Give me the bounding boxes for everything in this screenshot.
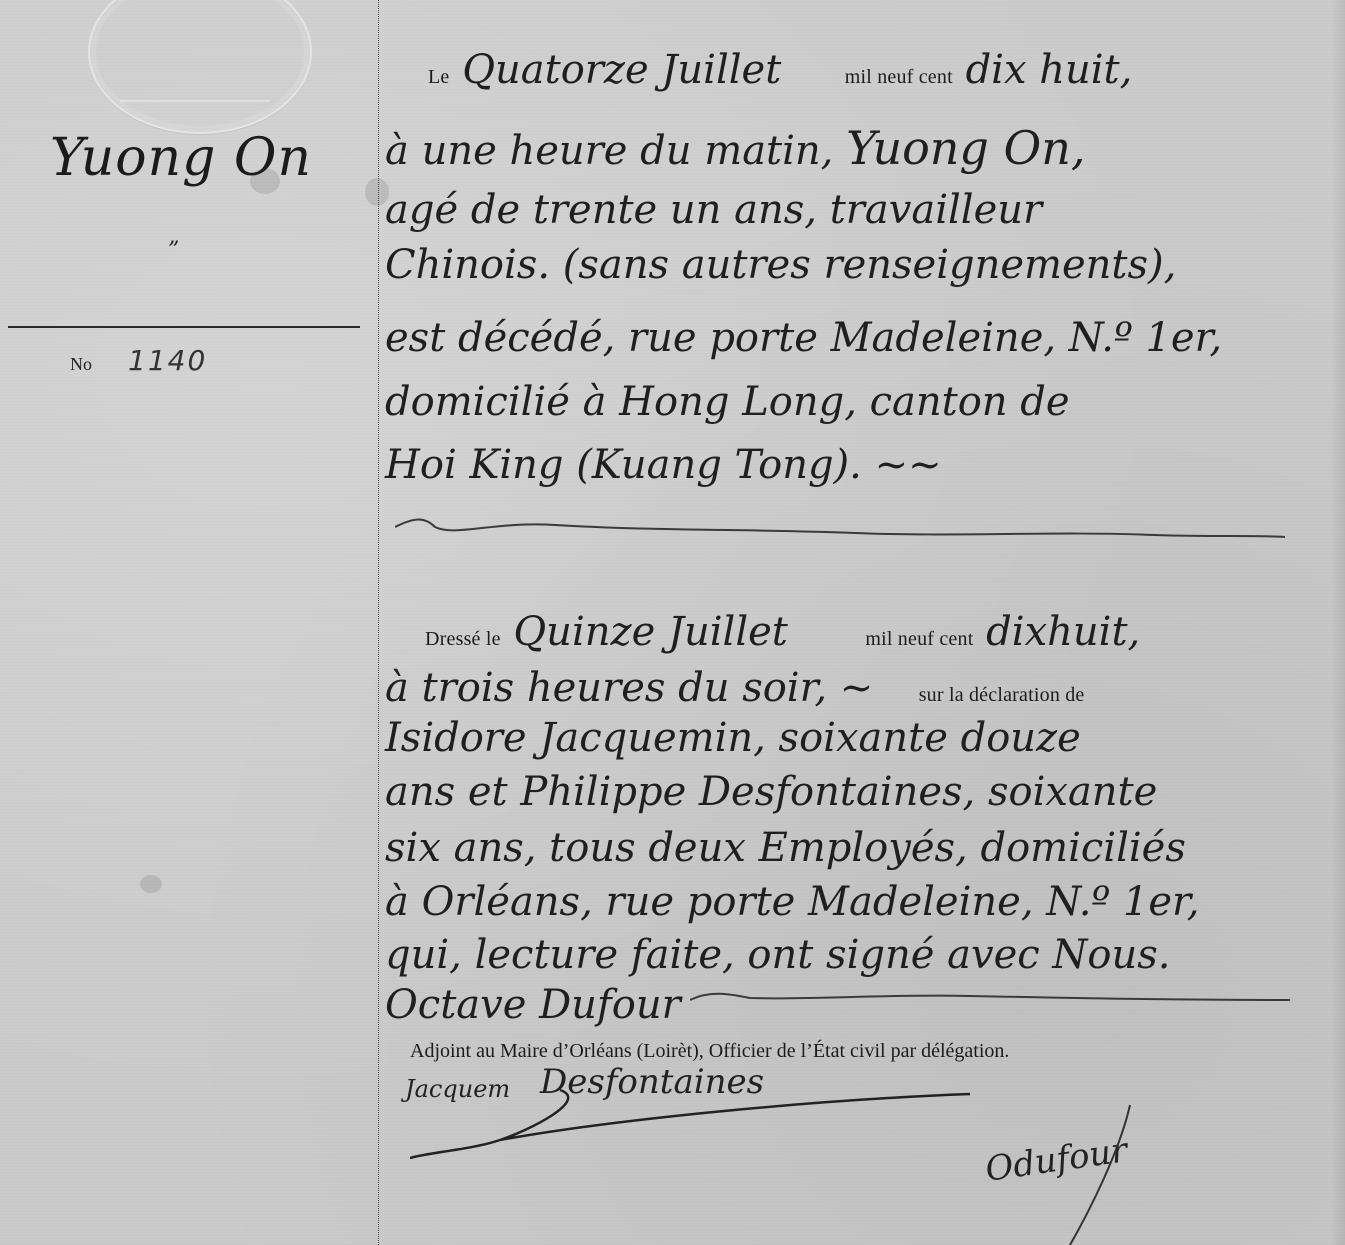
drawn-line-6: à Orléans, rue porte Madeleine, N.º 1er, [385, 882, 1325, 922]
stain [140, 875, 162, 893]
drawn-line-2: à trois heures du soir, ~ sur la déclara… [385, 668, 1325, 708]
drawn-line-3: Isidore Jacquemin, soixante douze [385, 718, 1325, 758]
death-hour: à une heure du matin, [385, 128, 846, 174]
official-title: Adjoint au Maire d’Orléans (Loirèt), Off… [410, 1040, 1009, 1063]
printed-year-prefix: mil neuf cent [845, 66, 953, 88]
drawn-year: dixhuit, [986, 609, 1140, 655]
printed-declaration: sur la déclaration de [919, 684, 1085, 706]
margin-rule [8, 326, 360, 328]
act-line-2: à une heure du matin, Yuong On, [385, 125, 1325, 171]
drawn-hour: à trois heures du soir, ~ [385, 665, 873, 711]
margin-ditto-mark: ” [168, 238, 179, 263]
act-line-3: agé de trente un ans, travailleur [385, 190, 1325, 230]
drawn-line-1: Dressé le Quinze Juillet mil neuf cent d… [425, 612, 1325, 652]
act-line-7: Hoi King (Kuang Tong). ~~ [385, 445, 1325, 485]
act-line-6: domicilié à Hong Long, canton de [385, 382, 1325, 422]
margin-deceased-name: Yuong On [50, 128, 370, 188]
printed-dresse-le: Dressé le [425, 628, 501, 650]
act-line-4: Chinois. (sans autres renseignements), [385, 245, 1325, 285]
officer-signature-stroke [1060, 1100, 1140, 1245]
page-edge-shadow [1331, 0, 1345, 1245]
drawn-line-4: ans et Philippe Desfontaines, soixante [385, 772, 1325, 812]
signature-underline [410, 1080, 990, 1160]
margin-number-value: 1140 [128, 344, 207, 377]
officer-name: Octave Dufour [385, 982, 681, 1028]
officer-flourish [690, 988, 1290, 1008]
death-day-month: Quatorze Juillet [462, 47, 781, 93]
drawn-day-month: Quinze Juillet [513, 609, 788, 655]
act-line-5: est décédé, rue porte Madeleine, N.º 1er… [385, 318, 1325, 358]
deceased-name: Yuong On, [846, 121, 1085, 175]
printed-le: Le [428, 66, 450, 88]
seal-detail [120, 40, 270, 102]
act-line-1: Le Quatorze Juillet mil neuf cent dix hu… [428, 50, 1325, 90]
margin-number-label: No [70, 354, 92, 375]
column-divider [378, 0, 379, 1245]
document-page: Yuong On ” No 1140 Le Quatorze Juillet m… [0, 0, 1345, 1245]
drawn-line-5: six ans, tous deux Employés, domiciliés [385, 828, 1325, 868]
printed-year-prefix-2: mil neuf cent [865, 628, 973, 650]
death-year: dix huit, [966, 47, 1133, 93]
drawn-line-7: qui, lecture faite, ont signé avec Nous. [385, 935, 1325, 975]
closing-flourish [395, 513, 1285, 543]
